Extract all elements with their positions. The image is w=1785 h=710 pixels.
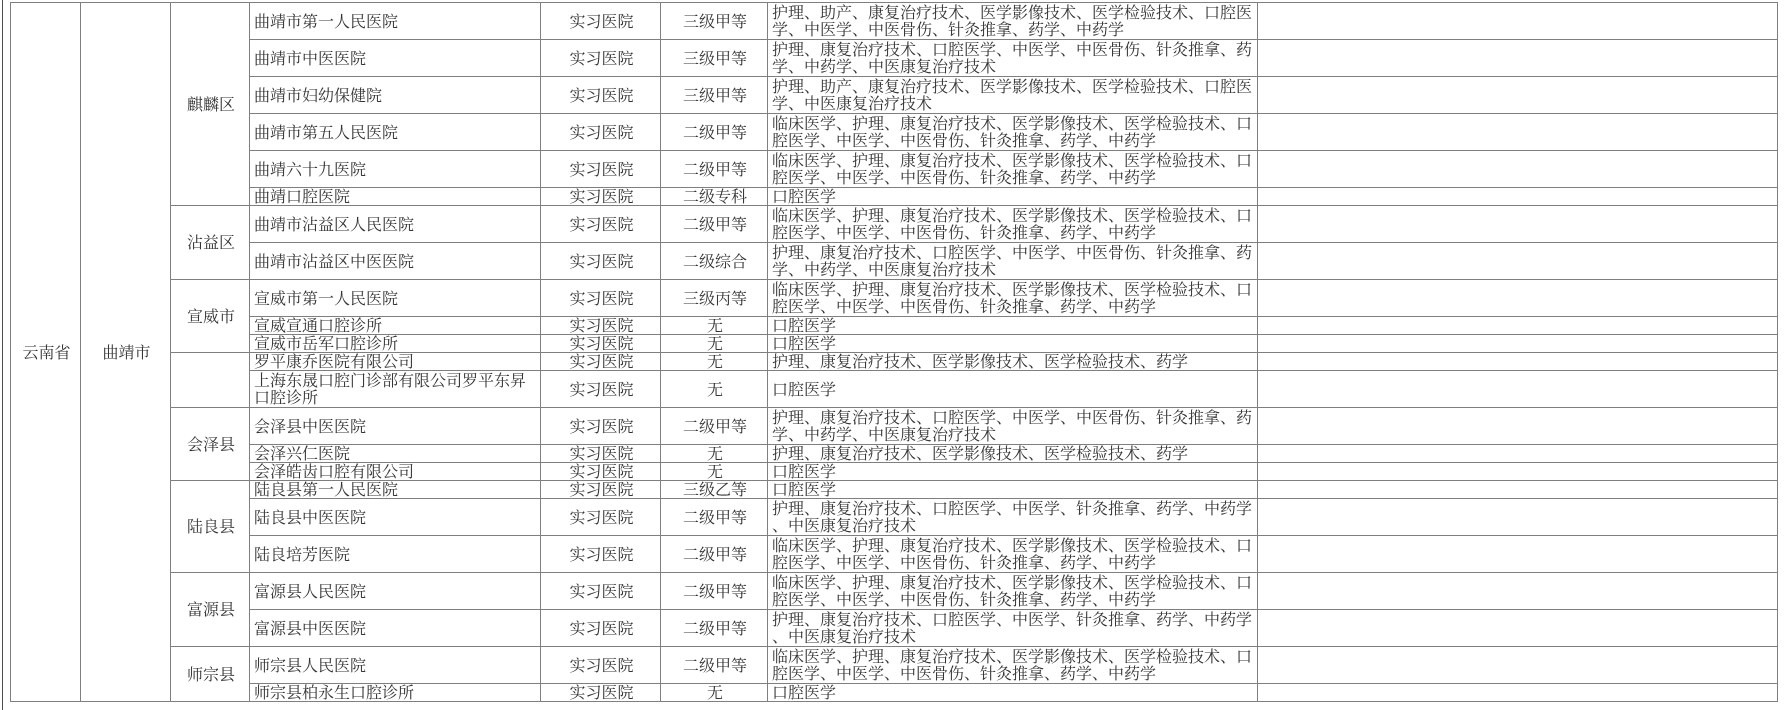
table-row: 云南省 曲靖市 麒麟区 曲靖市第一人民医院 实习医院 三级甲等 护理、助产、康复… (11, 3, 1778, 40)
spreadsheet-view: 云南省 曲靖市 麒麟区 曲靖市第一人民医院 实习医院 三级甲等 护理、助产、康复… (0, 0, 1785, 710)
hospital-name-cell: 曲靖口腔医院 (250, 188, 541, 206)
hospital-grade-cell: 三级丙等 (661, 280, 768, 317)
empty-cell (1258, 499, 1778, 536)
hospital-type-cell: 实习医院 (541, 408, 661, 445)
hospital-name-cell: 曲靖市第一人民医院 (250, 3, 541, 40)
majors-cell: 口腔医学 (768, 463, 1258, 481)
hospital-name-cell: 师宗县柏永生口腔诊所 (250, 684, 541, 702)
majors-cell: 临床医学、护理、康复治疗技术、医学影像技术、医学检验技术、口腔医学、中医学、中医… (768, 280, 1258, 317)
hospital-type-cell: 实习医院 (541, 317, 661, 335)
hospital-type-cell: 实习医院 (541, 684, 661, 702)
hospital-name-cell: 会泽皓齿口腔有限公司 (250, 463, 541, 481)
hospital-name-cell: 曲靖市第五人民医院 (250, 114, 541, 151)
hospital-name-cell: 曲靖市妇幼保健院 (250, 77, 541, 114)
empty-cell (1258, 445, 1778, 463)
hospital-name-cell: 富源县人民医院 (250, 573, 541, 610)
empty-cell (1258, 408, 1778, 445)
hospital-grade-cell: 无 (661, 371, 768, 408)
empty-cell (1258, 280, 1778, 317)
empty-cell (1258, 647, 1778, 684)
empty-cell (1258, 40, 1778, 77)
majors-cell: 口腔医学 (768, 371, 1258, 408)
district-cell: 富源县 (171, 573, 250, 647)
table-row: 会泽兴仁医院 实习医院 无 护理、康复治疗技术、医学影像技术、医学检验技术、药学 (11, 445, 1778, 463)
hospital-grade-cell: 二级甲等 (661, 151, 768, 188)
majors-cell: 临床医学、护理、康复治疗技术、医学影像技术、医学检验技术、口腔医学、中医学、中医… (768, 647, 1258, 684)
hospital-type-cell: 实习医院 (541, 536, 661, 573)
hospital-grade-cell: 二级甲等 (661, 647, 768, 684)
left-edge-line (2, 0, 3, 710)
hospital-type-cell: 实习医院 (541, 280, 661, 317)
table-row: 陆良县中医医院 实习医院 二级甲等 护理、康复治疗技术、口腔医学、中医学、针灸推… (11, 499, 1778, 536)
hospital-grade-cell: 三级甲等 (661, 40, 768, 77)
empty-cell (1258, 335, 1778, 353)
hospital-type-cell: 实习医院 (541, 647, 661, 684)
hospital-type-cell: 实习医院 (541, 573, 661, 610)
hospital-type-cell: 实习医院 (541, 610, 661, 647)
table-row: 宣威市岳军口腔诊所 实习医院 无 口腔医学 (11, 335, 1778, 353)
hospital-grade-cell: 二级甲等 (661, 408, 768, 445)
table-row: 陆良培芳医院 实习医院 二级甲等 临床医学、护理、康复治疗技术、医学影像技术、医… (11, 536, 1778, 573)
hospital-grade-cell: 三级乙等 (661, 481, 768, 499)
district-cell: 沾益区 (171, 206, 250, 280)
majors-cell: 护理、康复治疗技术、口腔医学、中医学、中医骨伤、针灸推拿、药学、中药学、中医康复… (768, 40, 1258, 77)
majors-cell: 口腔医学 (768, 481, 1258, 499)
district-cell: 师宗县 (171, 647, 250, 702)
hospital-type-cell: 实习医院 (541, 77, 661, 114)
hospital-name-cell: 宣威市岳军口腔诊所 (250, 335, 541, 353)
hospital-name-cell: 曲靖六十九医院 (250, 151, 541, 188)
hospital-name-cell: 曲靖市沾益区中医医院 (250, 243, 541, 280)
empty-cell (1258, 188, 1778, 206)
hospital-grade-cell: 二级综合 (661, 243, 768, 280)
hospital-name-cell: 上海东晟口腔门诊部有限公司罗平东昇口腔诊所 (250, 371, 541, 408)
province-cell: 云南省 (11, 3, 81, 702)
hospital-grade-cell: 无 (661, 684, 768, 702)
hospital-name-cell: 陆良培芳医院 (250, 536, 541, 573)
majors-cell: 护理、康复治疗技术、医学影像技术、医学检验技术、药学 (768, 353, 1258, 371)
majors-cell: 护理、康复治疗技术、口腔医学、中医学、中医骨伤、针灸推拿、药学、中药学、中医康复… (768, 408, 1258, 445)
hospital-type-cell: 实习医院 (541, 114, 661, 151)
table-row: 富源县中医医院 实习医院 二级甲等 护理、康复治疗技术、口腔医学、中医学、针灸推… (11, 610, 1778, 647)
hospital-grade-cell: 二级甲等 (661, 114, 768, 151)
majors-cell: 临床医学、护理、康复治疗技术、医学影像技术、医学检验技术、口腔医学、中医学、中医… (768, 573, 1258, 610)
empty-cell (1258, 3, 1778, 40)
empty-cell (1258, 77, 1778, 114)
table-row: 宣威市 宣威市第一人民医院 实习医院 三级丙等 临床医学、护理、康复治疗技术、医… (11, 280, 1778, 317)
majors-cell: 护理、助产、康复治疗技术、医学影像技术、医学检验技术、口腔医学、中医康复治疗技术 (768, 77, 1258, 114)
hospital-grade-cell: 三级甲等 (661, 3, 768, 40)
hospital-grade-cell: 无 (661, 353, 768, 371)
table-row: 曲靖市沾益区中医医院 实习医院 二级综合 护理、康复治疗技术、口腔医学、中医学、… (11, 243, 1778, 280)
majors-cell: 临床医学、护理、康复治疗技术、医学影像技术、医学检验技术、口腔医学、中医学、中医… (768, 206, 1258, 243)
hospital-type-cell: 实习医院 (541, 188, 661, 206)
hospital-name-cell: 曲靖市中医医院 (250, 40, 541, 77)
hospital-type-cell: 实习医院 (541, 371, 661, 408)
district-cell: 会泽县 (171, 408, 250, 481)
table-row: 会泽县 会泽县中医医院 实习医院 二级甲等 护理、康复治疗技术、口腔医学、中医学… (11, 408, 1778, 445)
hospital-grade-cell: 三级甲等 (661, 77, 768, 114)
hospital-type-cell: 实习医院 (541, 353, 661, 371)
majors-cell: 临床医学、护理、康复治疗技术、医学影像技术、医学检验技术、口腔医学、中医学、中医… (768, 114, 1258, 151)
majors-cell: 护理、助产、康复治疗技术、医学影像技术、医学检验技术、口腔医学、中医学、中医骨伤… (768, 3, 1258, 40)
empty-cell (1258, 573, 1778, 610)
table-row: 曲靖六十九医院 实习医院 二级甲等 临床医学、护理、康复治疗技术、医学影像技术、… (11, 151, 1778, 188)
hospital-name-cell: 富源县中医医院 (250, 610, 541, 647)
hospital-grade-cell: 无 (661, 335, 768, 353)
hospital-grade-cell: 无 (661, 445, 768, 463)
table-row: 师宗县 师宗县人民医院 实习医院 二级甲等 临床医学、护理、康复治疗技术、医学影… (11, 647, 1778, 684)
table-row: 上海东晟口腔门诊部有限公司罗平东昇口腔诊所 实习医院 无 口腔医学 (11, 371, 1778, 408)
hospital-grade-cell: 二级甲等 (661, 610, 768, 647)
table-row: 罗平康乔医院有限公司 实习医院 无 护理、康复治疗技术、医学影像技术、医学检验技… (11, 353, 1778, 371)
hospital-type-cell: 实习医院 (541, 499, 661, 536)
empty-cell (1258, 151, 1778, 188)
hospital-name-cell: 宣威市第一人民医院 (250, 280, 541, 317)
hospital-type-cell: 实习医院 (541, 206, 661, 243)
majors-cell: 口腔医学 (768, 684, 1258, 702)
district-cell: 麒麟区 (171, 3, 250, 206)
empty-cell (1258, 463, 1778, 481)
hospital-type-cell: 实习医院 (541, 40, 661, 77)
hospital-name-cell: 宣威宣通口腔诊所 (250, 317, 541, 335)
table-row: 富源县 富源县人民医院 实习医院 二级甲等 临床医学、护理、康复治疗技术、医学影… (11, 573, 1778, 610)
empty-cell (1258, 317, 1778, 335)
hospital-type-cell: 实习医院 (541, 445, 661, 463)
empty-cell (1258, 206, 1778, 243)
hospital-type-cell: 实习医院 (541, 335, 661, 353)
table-row: 会泽皓齿口腔有限公司 实习医院 无 口腔医学 (11, 463, 1778, 481)
empty-cell (1258, 536, 1778, 573)
empty-cell (1258, 353, 1778, 371)
hospital-name-cell: 会泽县中医医院 (250, 408, 541, 445)
hospital-table: 云南省 曲靖市 麒麟区 曲靖市第一人民医院 实习医院 三级甲等 护理、助产、康复… (10, 2, 1778, 702)
majors-cell: 口腔医学 (768, 335, 1258, 353)
majors-cell: 护理、康复治疗技术、口腔医学、中医学、针灸推拿、药学、中药学、中医康复治疗技术 (768, 499, 1258, 536)
table-row: 曲靖市中医医院 实习医院 三级甲等 护理、康复治疗技术、口腔医学、中医学、中医骨… (11, 40, 1778, 77)
majors-cell: 临床医学、护理、康复治疗技术、医学影像技术、医学检验技术、口腔医学、中医学、中医… (768, 151, 1258, 188)
city-cell: 曲靖市 (81, 3, 171, 702)
hospital-name-cell: 罗平康乔医院有限公司 (250, 353, 541, 371)
hospital-type-cell: 实习医院 (541, 3, 661, 40)
empty-cell (1258, 371, 1778, 408)
table-row: 师宗县柏永生口腔诊所 实习医院 无 口腔医学 (11, 684, 1778, 702)
hospital-grade-cell: 二级专科 (661, 188, 768, 206)
hospital-type-cell: 实习医院 (541, 243, 661, 280)
majors-cell: 口腔医学 (768, 188, 1258, 206)
hospital-grade-cell: 无 (661, 317, 768, 335)
majors-cell: 护理、康复治疗技术、口腔医学、中医学、中医骨伤、针灸推拿、药学、中药学、中医康复… (768, 243, 1258, 280)
hospital-grade-cell: 二级甲等 (661, 206, 768, 243)
hospital-type-cell: 实习医院 (541, 151, 661, 188)
table-row: 曲靖口腔医院 实习医院 二级专科 口腔医学 (11, 188, 1778, 206)
hospital-name-cell: 会泽兴仁医院 (250, 445, 541, 463)
hospital-name-cell: 师宗县人民医院 (250, 647, 541, 684)
table-row: 陆良县 陆良县第一人民医院 实习医院 三级乙等 口腔医学 (11, 481, 1778, 499)
hospital-grade-cell: 二级甲等 (661, 536, 768, 573)
empty-cell (1258, 610, 1778, 647)
district-cell (171, 353, 250, 408)
district-cell: 宣威市 (171, 280, 250, 353)
empty-cell (1258, 684, 1778, 702)
district-cell: 陆良县 (171, 481, 250, 573)
majors-cell: 护理、康复治疗技术、医学影像技术、医学检验技术、药学 (768, 445, 1258, 463)
hospital-grade-cell: 二级甲等 (661, 499, 768, 536)
empty-cell (1258, 114, 1778, 151)
empty-cell (1258, 243, 1778, 280)
table-row: 曲靖市妇幼保健院 实习医院 三级甲等 护理、助产、康复治疗技术、医学影像技术、医… (11, 77, 1778, 114)
hospital-type-cell: 实习医院 (541, 463, 661, 481)
hospital-type-cell: 实习医院 (541, 481, 661, 499)
majors-cell: 口腔医学 (768, 317, 1258, 335)
majors-cell: 护理、康复治疗技术、口腔医学、中医学、针灸推拿、药学、中药学、中医康复治疗技术 (768, 610, 1258, 647)
table-row: 宣威宣通口腔诊所 实习医院 无 口腔医学 (11, 317, 1778, 335)
table-row: 沾益区 曲靖市沾益区人民医院 实习医院 二级甲等 临床医学、护理、康复治疗技术、… (11, 206, 1778, 243)
hospital-name-cell: 陆良县中医医院 (250, 499, 541, 536)
hospital-name-cell: 曲靖市沾益区人民医院 (250, 206, 541, 243)
table-row: 曲靖市第五人民医院 实习医院 二级甲等 临床医学、护理、康复治疗技术、医学影像技… (11, 114, 1778, 151)
majors-cell: 临床医学、护理、康复治疗技术、医学影像技术、医学检验技术、口腔医学、中医学、中医… (768, 536, 1258, 573)
hospital-grade-cell: 无 (661, 463, 768, 481)
hospital-name-cell: 陆良县第一人民医院 (250, 481, 541, 499)
empty-cell (1258, 481, 1778, 499)
hospital-grade-cell: 二级甲等 (661, 573, 768, 610)
